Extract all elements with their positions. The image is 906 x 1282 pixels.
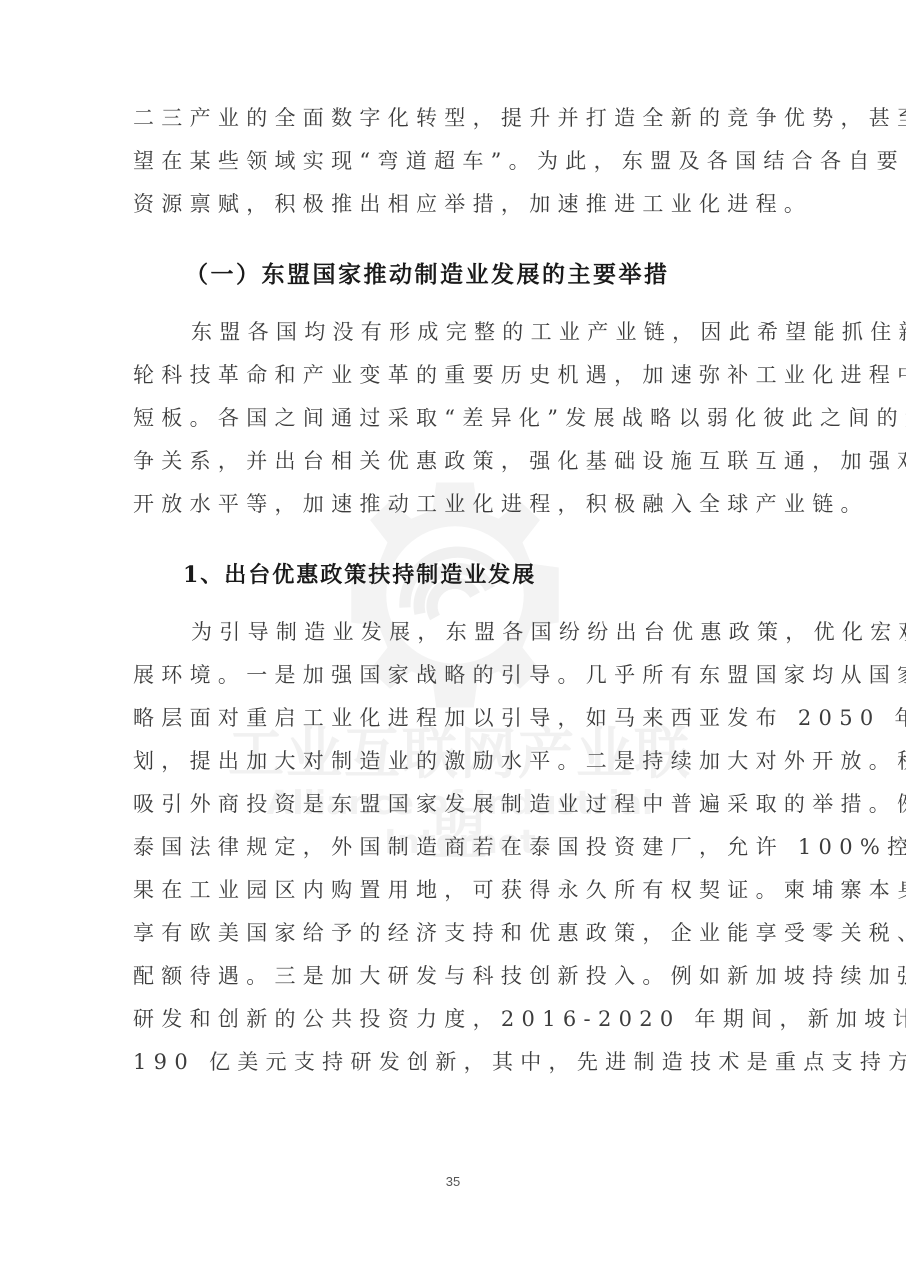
section-heading: （一）东盟国家推动制造业发展的主要举措 — [133, 249, 781, 301]
text-line: 轮科技革命和产业变革的重要历史机遇，加速弥补工业化进程中的 — [133, 354, 781, 397]
text-line: 短板。各国之间通过采取“差异化”发展战略以弱化彼此之间的竞 — [133, 397, 781, 440]
text-line: 泰国法律规定，外国制造商若在泰国投资建厂，允许 100%控股，如 — [133, 826, 781, 869]
text-line: 吸引外商投资是东盟国家发展制造业过程中普遍采取的举措。例如， — [133, 783, 781, 826]
document-body: 二三产业的全面数字化转型，提升并打造全新的竞争优势，甚至希 望在某些领域实现“弯… — [133, 97, 781, 1084]
text-line: 为引导制造业发展，东盟各国纷纷出台优惠政策，优化宏观发 — [133, 611, 781, 654]
text-line: 展环境。一是加强国家战略的引导。几乎所有东盟国家均从国家战 — [133, 654, 781, 697]
paragraph-3: 为引导制造业发展，东盟各国纷纷出台优惠政策，优化宏观发 展环境。一是加强国家战略… — [133, 611, 781, 1084]
text-line: 开放水平等，加速推动工业化进程，积极融入全球产业链。 — [133, 483, 781, 526]
paragraph-1: 二三产业的全面数字化转型，提升并打造全新的竞争优势，甚至希 望在某些领域实现“弯… — [133, 97, 781, 226]
text-line: 划，提出加大对制造业的激励水平。二是持续加大对外开放。积极 — [133, 740, 781, 783]
text-line: 争关系，并出台相关优惠政策，强化基础设施互联互通，加强对外 — [133, 440, 781, 483]
text-line: 略层面对重启工业化进程加以引导，如马来西亚发布 2050 年转型计 — [133, 697, 781, 740]
page-number: 35 — [0, 1174, 906, 1189]
text-line: 资源禀赋，积极推出相应举措，加速推进工业化进程。 — [133, 183, 781, 226]
text-line: 二三产业的全面数字化转型，提升并打造全新的竞争优势，甚至希 — [133, 97, 781, 140]
text-line: 东盟各国均没有形成完整的工业产业链，因此希望能抓住新一 — [133, 311, 781, 354]
text-line: 研发和创新的公共投资力度，2016-2020 年期间，新加坡计划提供 — [133, 998, 781, 1041]
text-line: 190 亿美元支持研发创新，其中，先进制造技术是重点支持方向。 — [133, 1041, 781, 1084]
text-line: 望在某些领域实现“弯道超车”。为此，东盟及各国结合各自要素 — [133, 140, 781, 183]
text-line: 果在工业园区内购置用地，可获得永久所有权契证。柬埔寨本身就 — [133, 869, 781, 912]
text-line: 配额待遇。三是加大研发与科技创新投入。例如新加坡持续加强对 — [133, 955, 781, 998]
subsection-heading: 1、出台优惠政策扶持制造业发展 — [133, 549, 781, 601]
text-line: 享有欧美国家给予的经济支持和优惠政策，企业能享受零关税、零 — [133, 912, 781, 955]
paragraph-2: 东盟各国均没有形成完整的工业产业链，因此希望能抓住新一 轮科技革命和产业变革的重… — [133, 311, 781, 526]
